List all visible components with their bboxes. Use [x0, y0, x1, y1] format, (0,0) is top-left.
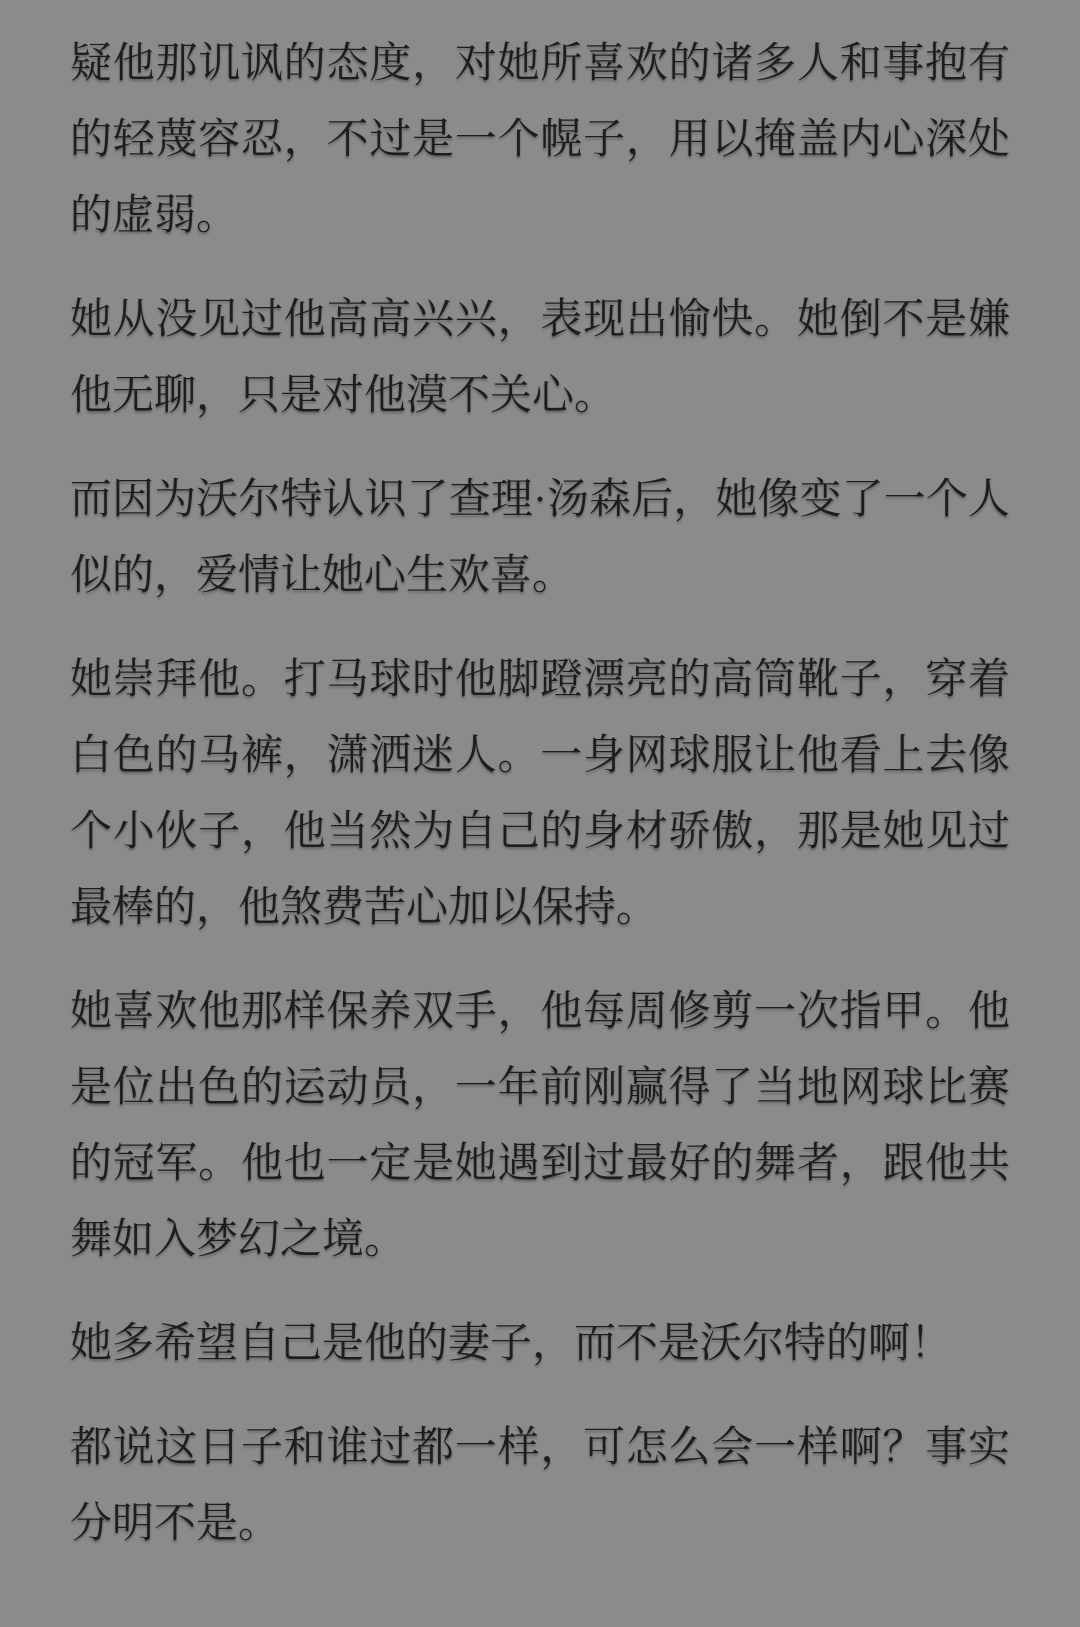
paragraph: 而因为沃尔特认识了查理·汤森后，她像变了一个人似的，爱情让她心生欢喜。 — [70, 462, 1010, 614]
text-line: 舞如入梦幻之境。 — [70, 1202, 1010, 1278]
text-line: 是位出色的运动员，一年前刚赢得了当地网球比赛 — [70, 1050, 1010, 1126]
text-line: 而因为沃尔特认识了查理·汤森后，她像变了一个人 — [70, 462, 1010, 538]
text-line: 都说这日子和谁过都一样，可怎么会一样啊？事实 — [70, 1410, 1010, 1486]
paragraph: 疑他那讥讽的态度，对她所喜欢的诸多人和事抱有的轻蔑容忍，不过是一个幌子，用以掩盖… — [70, 26, 1010, 254]
paragraph: 她崇拜他。打马球时他脚蹬漂亮的高筒靴子，穿着白色的马裤，潇洒迷人。一身网球服让他… — [70, 642, 1010, 946]
text-line: 的虚弱。 — [70, 178, 1010, 254]
text-line: 疑他那讥讽的态度，对她所喜欢的诸多人和事抱有 — [70, 26, 1010, 102]
text-line: 的轻蔑容忍，不过是一个幌子，用以掩盖内心深处 — [70, 102, 1010, 178]
text-line: 她喜欢他那样保养双手，他每周修剪一次指甲。他 — [70, 974, 1010, 1050]
text-line: 她崇拜他。打马球时他脚蹬漂亮的高筒靴子，穿着 — [70, 642, 1010, 718]
text-line: 白色的马裤，潇洒迷人。一身网球服让他看上去像 — [70, 718, 1010, 794]
text-line: 她从没见过他高高兴兴，表现出愉快。她倒不是嫌 — [70, 282, 1010, 358]
text-line: 似的，爱情让她心生欢喜。 — [70, 538, 1010, 614]
text-line: 个小伙子，他当然为自己的身材骄傲，那是她见过 — [70, 794, 1010, 870]
text-line: 的冠军。他也一定是她遇到过最好的舞者，跟他共 — [70, 1126, 1010, 1202]
paragraph: 她多希望自己是他的妻子，而不是沃尔特的啊！ — [70, 1306, 1010, 1382]
paragraph: 她喜欢他那样保养双手，他每周修剪一次指甲。他是位出色的运动员，一年前刚赢得了当地… — [70, 974, 1010, 1278]
text-line: 最棒的，他煞费苦心加以保持。 — [70, 870, 1010, 946]
text-line: 分明不是。 — [70, 1486, 1010, 1562]
ebook-reader-page[interactable]: 疑他那讥讽的态度，对她所喜欢的诸多人和事抱有的轻蔑容忍，不过是一个幌子，用以掩盖… — [0, 0, 1080, 1627]
text-line: 她多希望自己是他的妻子，而不是沃尔特的啊！ — [70, 1306, 1010, 1382]
paragraph: 都说这日子和谁过都一样，可怎么会一样啊？事实分明不是。 — [70, 1410, 1010, 1562]
text-line: 他无聊，只是对他漠不关心。 — [70, 358, 1010, 434]
paragraph: 她从没见过他高高兴兴，表现出愉快。她倒不是嫌他无聊，只是对他漠不关心。 — [70, 282, 1010, 434]
